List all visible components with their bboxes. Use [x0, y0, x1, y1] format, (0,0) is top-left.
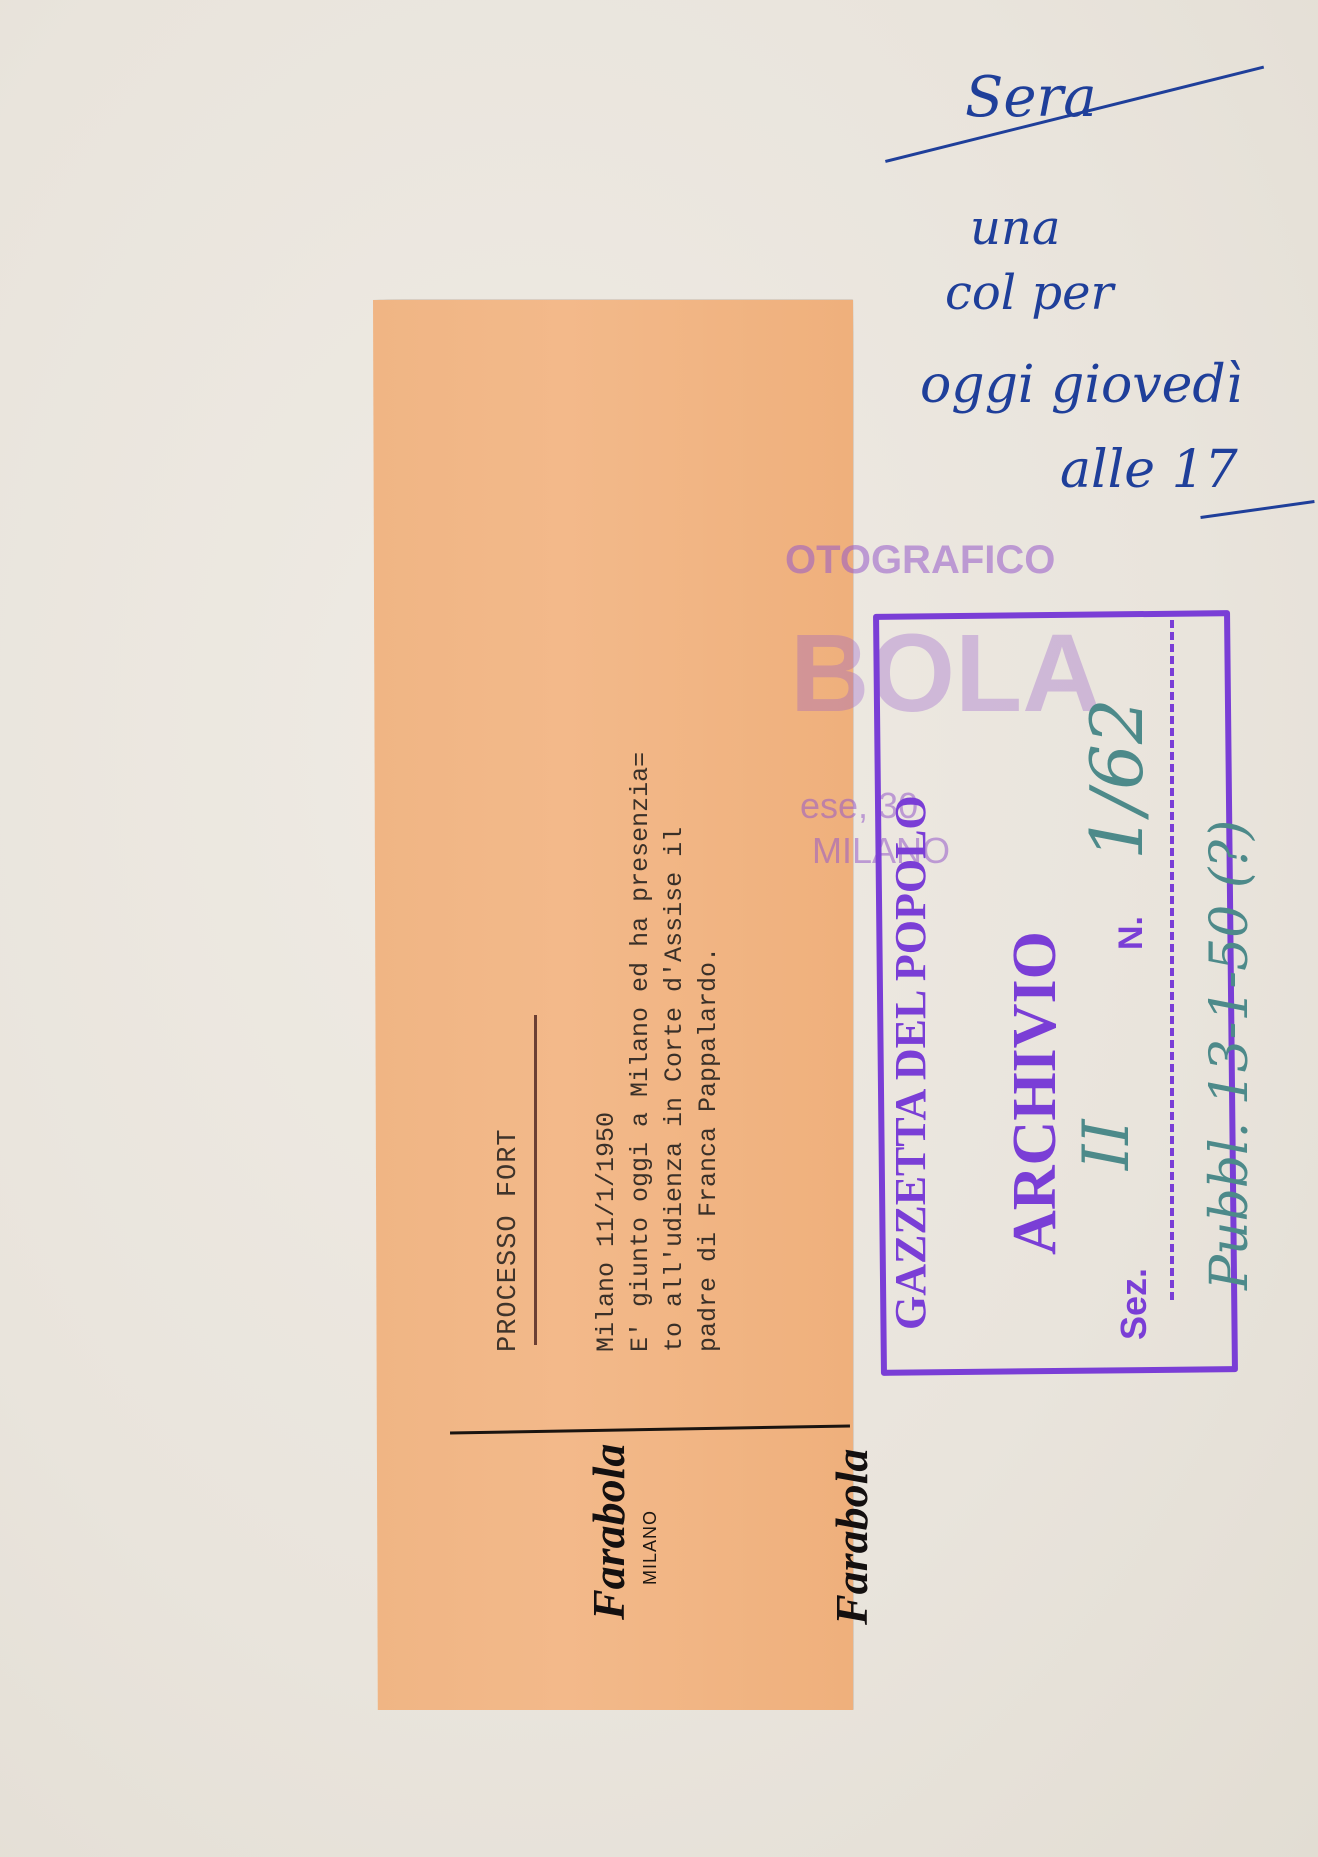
caption-line: E' giunto oggi a Milano ed ha presenzia= — [624, 752, 658, 1352]
archive-stamp-dotted-line — [1170, 620, 1174, 1300]
pencil-sez-value: II — [1070, 1119, 1144, 1170]
handwritten-underline-2 — [1200, 500, 1314, 519]
archive-stamp-n-label: N. — [1112, 916, 1151, 950]
archive-stamp-sez-label: Sez. — [1113, 1268, 1155, 1340]
caption-body: Milano 11/1/1950 E' giunto oggi a Milano… — [590, 752, 726, 1352]
handwritten-line: alle 17 — [1060, 440, 1238, 500]
agency-city: MILANO — [640, 1510, 661, 1585]
handwritten-line: col per — [945, 265, 1113, 321]
agency-logo-repeat: Farabola — [825, 1449, 878, 1625]
caption-title: PROCESSO FORT — [494, 1128, 524, 1352]
caption-line-date: Milano 11/1/1950 — [590, 752, 624, 1352]
handwritten-line: oggi giovedì — [920, 355, 1242, 415]
archive-stamp-newspaper: GAZZETTA DEL POPOLO — [885, 795, 936, 1330]
photographer-stamp-line1: OTOGRAFICO — [785, 538, 1055, 583]
handwritten-line: una — [970, 200, 1060, 256]
agency-logo: Farabola — [582, 1444, 635, 1620]
title-underline — [534, 1015, 537, 1345]
pencil-side-note: Pubbl. 13-1-50 (?) — [1200, 820, 1260, 1290]
pencil-n-value: 1/62 — [1075, 698, 1159, 860]
caption-line: padre di Franca Pappalardo. — [692, 752, 726, 1352]
archive-stamp-archivio: ARCHIVIO — [1000, 931, 1071, 1255]
handwritten-heading: Sera — [965, 65, 1097, 130]
caption-line: to all'udienza in Corte d'Assise il — [658, 752, 692, 1352]
